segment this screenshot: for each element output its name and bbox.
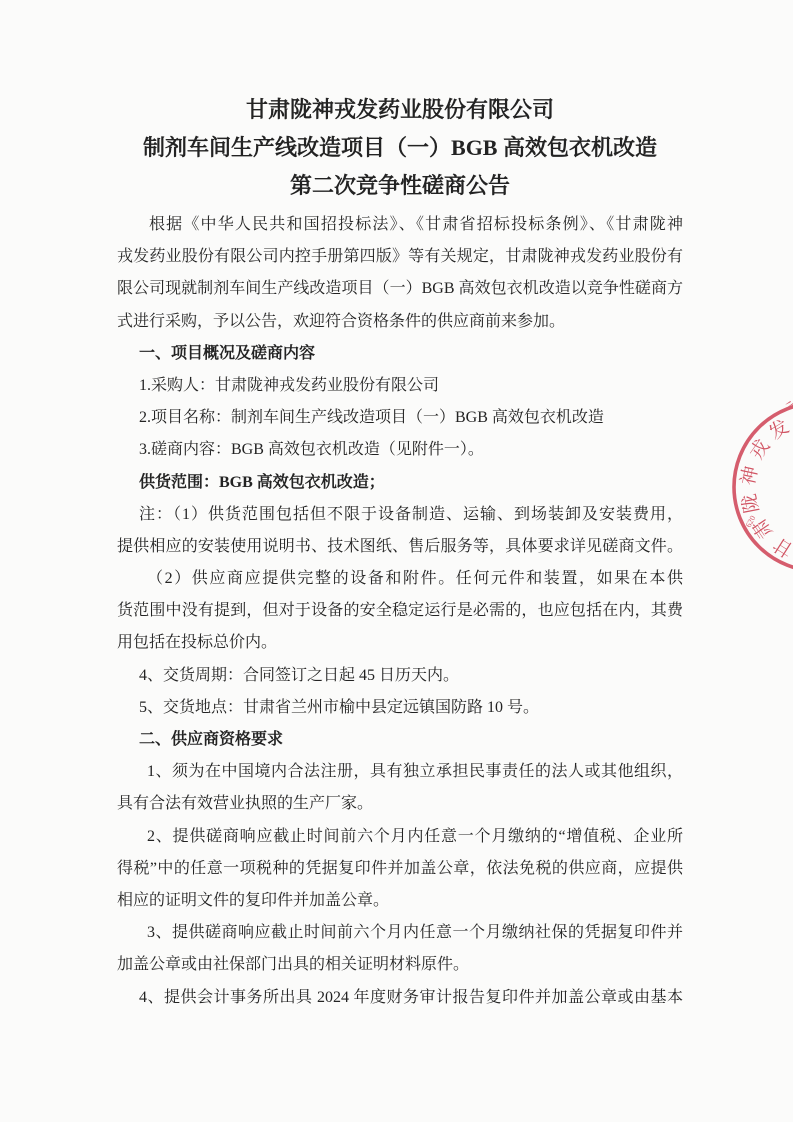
body-line: 得税”中的任意一项税种的凭据复印件并加盖公章，依法免税的供应商，应提供 <box>117 853 683 885</box>
body-line: 根据《中华人民共和国招投标法》、《甘肃省招标投标条例》、《甘肃陇神 <box>117 209 683 241</box>
document-body: 根据《中华人民共和国招投标法》、《甘肃省招标投标条例》、《甘肃陇神 戎发药业股份… <box>117 209 683 1014</box>
section-heading-1: 一、项目概况及磋商内容 <box>117 338 683 370</box>
company-seal-stamp: 甘肃陇神戎发 620 〃 <box>708 388 793 583</box>
document-title: 甘肃陇神戎发药业股份有限公司 制剂车间生产线改造项目（一）BGB 高效包衣机改造… <box>117 91 683 205</box>
title-line-2: 制剂车间生产线改造项目（一）BGB 高效包衣机改造 <box>117 129 683 167</box>
body-line: 式进行采购，予以公告，欢迎符合资格条件的供应商前来参加。 <box>117 306 683 338</box>
seal-arc-text: 甘肃陇神戎发 <box>737 412 793 561</box>
body-line: 5、交货地点：甘肃省兰州市榆中县定远镇国防路 10 号。 <box>117 692 683 724</box>
title-line-1: 甘肃陇神戎发药业股份有限公司 <box>117 91 683 129</box>
body-line: （2）供应商应提供完整的设备和附件。任何元件和装置，如果在本供 <box>117 563 683 595</box>
body-line: 货范围中没有提到，但对于设备的安全稳定运行是必需的，也应包括在内，其费 <box>117 595 683 627</box>
body-line: 加盖公章或由社保部门出具的相关证明材料原件。 <box>117 949 683 981</box>
body-line: 相应的证明文件的复印件并加盖公章。 <box>117 885 683 917</box>
body-line: 3.磋商内容：BGB 高效包衣机改造（见附件一）。 <box>117 434 683 466</box>
body-line: 4、提供会计事务所出具 2024 年度财务审计报告复印件并加盖公章或由基本 <box>117 982 683 1014</box>
body-line: 2、提供磋商响应截止时间前六个月内任意一个月缴纳的“增值税、企业所 <box>117 821 683 853</box>
body-line: 具有合法有效营业执照的生产厂家。 <box>117 788 683 820</box>
section-heading-2: 二、供应商资格要求 <box>117 724 683 756</box>
document-content: 甘肃陇神戎发药业股份有限公司 制剂车间生产线改造项目（一）BGB 高效包衣机改造… <box>117 91 683 1014</box>
body-line: 戎发药业股份有限公司内控手册第四版》等有关规定，甘肃陇神戎发药业股份有 <box>117 241 683 273</box>
body-line: 4、交货周期：合同签订之日起 45 日历天内。 <box>117 660 683 692</box>
body-line: 3、提供磋商响应截止时间前六个月内任意一个月缴纳社保的凭据复印件并 <box>117 917 683 949</box>
supply-scope-line: 供货范围：BGB 高效包衣机改造； <box>117 467 683 499</box>
document-page: 甘肃陇神戎发药业股份有限公司 制剂车间生产线改造项目（一）BGB 高效包衣机改造… <box>0 0 793 1122</box>
body-line: 1.采购人：甘肃陇神戎发药业股份有限公司 <box>117 370 683 402</box>
body-line: 注：（1）供货范围包括但不限于设备制造、运输、到场装卸及安装费用， <box>117 499 683 531</box>
body-line: 1、须为在中国境内合法注册，具有独立承担民事责任的法人或其他组织， <box>117 756 683 788</box>
body-line: 提供相应的安装使用说明书、技术图纸、售后服务等，具体要求详见磋商文件。 <box>117 531 683 563</box>
body-line: 2.项目名称：制剂车间生产线改造项目（一）BGB 高效包衣机改造 <box>117 402 683 434</box>
body-line: 限公司现就制剂车间生产线改造项目（一）BGB 高效包衣机改造以竞争性磋商方 <box>117 273 683 305</box>
body-line: 用包括在投标总价内。 <box>117 627 683 659</box>
title-line-3: 第二次竞争性磋商公告 <box>117 167 683 205</box>
